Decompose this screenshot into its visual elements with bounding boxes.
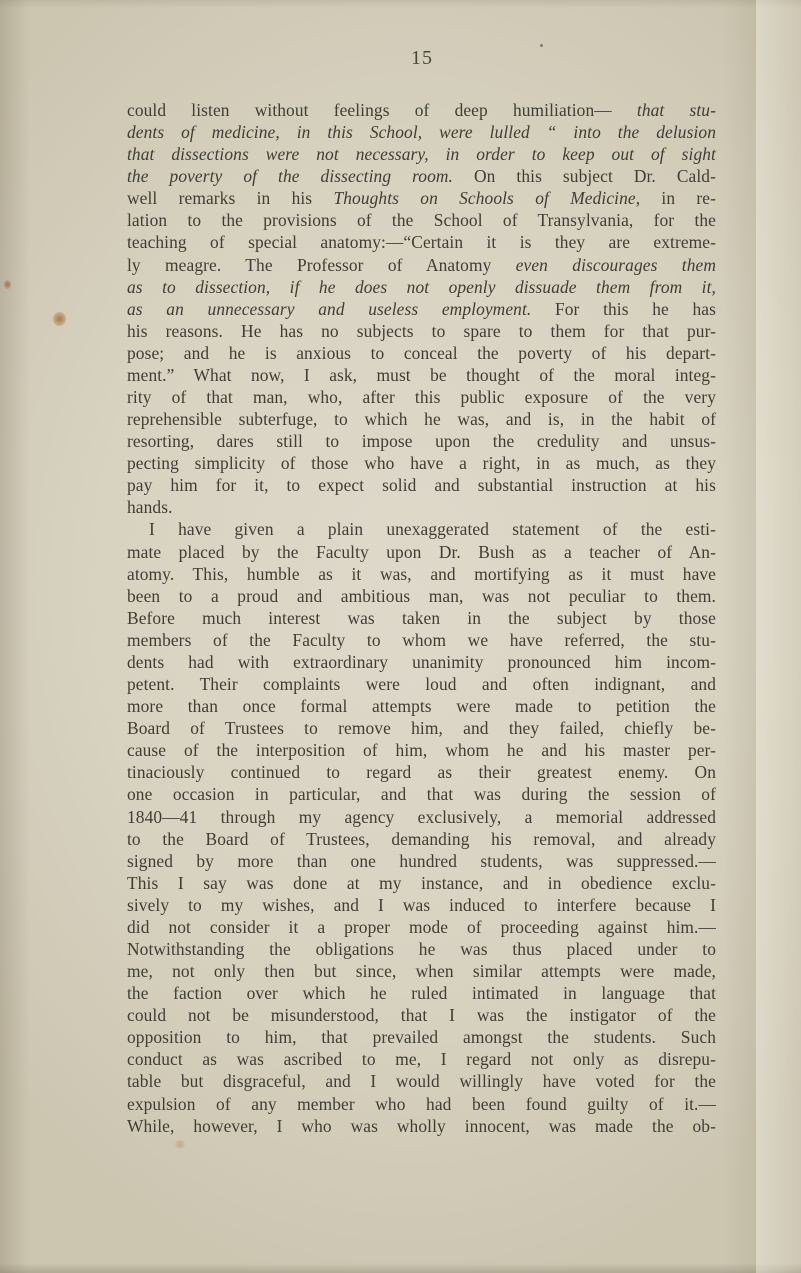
text-line: to the Board of Trustees, demanding his … bbox=[127, 828, 716, 850]
text-segment: conduct as was ascribed to me, I regard … bbox=[127, 1049, 716, 1069]
text-segment: Board of Trustees to remove him, and the… bbox=[127, 718, 716, 738]
text-segment: rity of that man, who, after this public… bbox=[127, 387, 716, 407]
text-line: Before much interest was taken in the su… bbox=[127, 607, 716, 629]
text-segment: , in re- bbox=[636, 188, 716, 208]
foxing-spot bbox=[4, 280, 11, 289]
text-line: opposition to him, that prevailed amongs… bbox=[127, 1026, 716, 1048]
foxing-spot bbox=[175, 1140, 185, 1149]
page-bottom-edge-shading bbox=[0, 1263, 801, 1273]
text-segment: mate placed by the Faculty upon Dr. Bush… bbox=[127, 542, 716, 562]
text-line: resorting, dares still to impose upon th… bbox=[127, 430, 716, 452]
text-line: as an unnecessary and useless employment… bbox=[127, 298, 716, 320]
text-segment: tinaciously continued to regard as their… bbox=[127, 762, 716, 782]
text-segment: petent. Their complaints were loud and o… bbox=[127, 674, 716, 694]
text-segment: table but disgraceful, and I would willi… bbox=[127, 1071, 716, 1091]
page-top-edge-shading bbox=[0, 0, 801, 8]
text-segment: pecting simplicity of those who have a r… bbox=[127, 453, 716, 473]
text-line: more than once formal attempts were made… bbox=[127, 695, 716, 717]
text-segment: signed by more than one hundred students… bbox=[127, 851, 716, 871]
text-segment: well remarks in his bbox=[127, 188, 333, 208]
text-segment: ly meagre. The Professor of Anatomy bbox=[127, 255, 516, 275]
text-segment: For this he has bbox=[531, 299, 716, 319]
text-segment: teaching of special anatomy:—“Certain it… bbox=[127, 232, 716, 252]
text-line: the faction over which he ruled intimate… bbox=[127, 982, 716, 1004]
text-line: been to a proud and ambitious man, was n… bbox=[127, 585, 716, 607]
text-line: pecting simplicity of those who have a r… bbox=[127, 452, 716, 474]
text-segment: hands. bbox=[127, 497, 173, 517]
italic-text-segment: even discourages them bbox=[516, 255, 716, 275]
text-segment: Before much interest was taken in the su… bbox=[127, 608, 716, 628]
text-line: the poverty of the dissecting room. On t… bbox=[127, 165, 716, 187]
text-line: could not be misunderstood, that I was t… bbox=[127, 1004, 716, 1026]
text-line: atomy. This, humble as it was, and morti… bbox=[127, 563, 716, 585]
text-segment: could not be misunderstood, that I was t… bbox=[127, 1005, 716, 1025]
text-line: hands. bbox=[127, 496, 716, 518]
book-page: 15 could listen without feelings of deep… bbox=[0, 0, 801, 1273]
text-segment: been to a proud and ambitious man, was n… bbox=[127, 586, 716, 606]
text-segment: to the Board of Trustees, demanding his … bbox=[127, 829, 716, 849]
text-line: Notwithstanding the obligations he was t… bbox=[127, 938, 716, 960]
text-line: members of the Faculty to whom we have r… bbox=[127, 629, 716, 651]
text-segment: members of the Faculty to whom we have r… bbox=[127, 630, 716, 650]
text-line: did not consider it a proper mode of pro… bbox=[127, 916, 716, 938]
text-line: Board of Trustees to remove him, and the… bbox=[127, 717, 716, 739]
italic-text-segment: as to dissection, if he does not openly … bbox=[127, 277, 716, 297]
text-segment: 1840—41 through my agency exclusively, a… bbox=[127, 807, 716, 827]
text-line: table but disgraceful, and I would willi… bbox=[127, 1070, 716, 1092]
text-segment: pose; and he is anxious to conceal the p… bbox=[127, 343, 716, 363]
text-line: me, not only then but since, when simila… bbox=[127, 960, 716, 982]
page-text: could listen without feelings of deep hu… bbox=[127, 99, 716, 1137]
text-line: one occasion in particular, and that was… bbox=[127, 783, 716, 805]
text-segment: me, not only then but since, when simila… bbox=[127, 961, 716, 981]
text-segment: did not consider it a proper mode of pro… bbox=[127, 917, 716, 937]
text-line: pay him for it, to expect solid and subs… bbox=[127, 474, 716, 496]
italic-text-segment: Thoughts on Schools of Medicine bbox=[333, 188, 635, 208]
text-segment: I have given a plain unexaggerated state… bbox=[149, 519, 716, 539]
text-line: While, however, I who was wholly innocen… bbox=[127, 1115, 716, 1137]
text-line: I have given a plain unexaggerated state… bbox=[127, 518, 716, 540]
text-segment: cause of the interposition of him, whom … bbox=[127, 740, 716, 760]
text-line: signed by more than one hundred students… bbox=[127, 850, 716, 872]
italic-text-segment: the poverty of the dissecting room. bbox=[127, 166, 453, 186]
text-segment: reprehensible subterfuge, to which he wa… bbox=[127, 409, 716, 429]
text-line: mate placed by the Faculty upon Dr. Bush… bbox=[127, 541, 716, 563]
text-segment: expulsion of any member who had been fou… bbox=[127, 1094, 716, 1114]
text-line: that dissections were not necessary, in … bbox=[127, 143, 716, 165]
text-segment: ment.” What now, I ask, must be thought … bbox=[127, 365, 716, 385]
text-segment: lation to the provisions of the School o… bbox=[127, 210, 716, 230]
text-segment: the faction over which he ruled intimate… bbox=[127, 983, 716, 1003]
text-segment: On this subject Dr. Cald- bbox=[453, 166, 716, 186]
text-line: lation to the provisions of the School o… bbox=[127, 209, 716, 231]
text-line: could listen without feelings of deep hu… bbox=[127, 99, 716, 121]
italic-text-segment: that dissections were not necessary, in … bbox=[127, 144, 716, 164]
text-line: dents of medicine, in this School, were … bbox=[127, 121, 716, 143]
text-segment: opposition to him, that prevailed amongs… bbox=[127, 1027, 716, 1047]
text-line: This I say was done at my instance, and … bbox=[127, 872, 716, 894]
text-line: dents had with extraordinary unanimity p… bbox=[127, 651, 716, 673]
text-line: his reasons. He has no subjects to spare… bbox=[127, 320, 716, 342]
text-line: ly meagre. The Professor of Anatomy even… bbox=[127, 254, 716, 276]
text-segment: dents had with extraordinary unanimity p… bbox=[127, 652, 716, 672]
text-segment: could listen without feelings of deep hu… bbox=[127, 100, 637, 120]
text-line: conduct as was ascribed to me, I regard … bbox=[127, 1048, 716, 1070]
text-line: cause of the interposition of him, whom … bbox=[127, 739, 716, 761]
text-line: reprehensible subterfuge, to which he wa… bbox=[127, 408, 716, 430]
text-segment: While, however, I who was wholly innocen… bbox=[127, 1116, 716, 1136]
page-right-edge-highlight bbox=[756, 0, 801, 1273]
text-segment: his reasons. He has no subjects to spare… bbox=[127, 321, 716, 341]
text-segment: This I say was done at my instance, and … bbox=[127, 873, 716, 893]
text-line: 1840—41 through my agency exclusively, a… bbox=[127, 806, 716, 828]
text-segment: pay him for it, to expect solid and subs… bbox=[127, 475, 716, 495]
text-line: as to dissection, if he does not openly … bbox=[127, 276, 716, 298]
foxing-spot bbox=[53, 312, 66, 326]
text-line: teaching of special anatomy:—“Certain it… bbox=[127, 231, 716, 253]
text-segment: more than once formal attempts were made… bbox=[127, 696, 716, 716]
text-line: expulsion of any member who had been fou… bbox=[127, 1093, 716, 1115]
text-segment: sively to my wishes, and I was induced t… bbox=[127, 895, 716, 915]
text-segment: Notwithstanding the obligations he was t… bbox=[127, 939, 716, 959]
text-line: ment.” What now, I ask, must be thought … bbox=[127, 364, 716, 386]
page-crease-shadow bbox=[722, 0, 756, 1273]
text-line: sively to my wishes, and I was induced t… bbox=[127, 894, 716, 916]
text-line: rity of that man, who, after this public… bbox=[127, 386, 716, 408]
italic-text-segment: that stu- bbox=[637, 100, 716, 120]
italic-text-segment: dents of medicine, in this School, were … bbox=[127, 122, 716, 142]
page-left-edge-shading bbox=[0, 0, 30, 1273]
italic-text-segment: as an unnecessary and useless employment… bbox=[127, 299, 531, 319]
text-line: tinaciously continued to regard as their… bbox=[127, 761, 716, 783]
text-segment: resorting, dares still to impose upon th… bbox=[127, 431, 716, 451]
page-number: 15 bbox=[127, 47, 717, 70]
text-segment: one occasion in particular, and that was… bbox=[127, 784, 716, 804]
text-line: petent. Their complaints were loud and o… bbox=[127, 673, 716, 695]
text-line: well remarks in his Thoughts on Schools … bbox=[127, 187, 716, 209]
text-segment: atomy. This, humble as it was, and morti… bbox=[127, 564, 716, 584]
text-line: pose; and he is anxious to conceal the p… bbox=[127, 342, 716, 364]
